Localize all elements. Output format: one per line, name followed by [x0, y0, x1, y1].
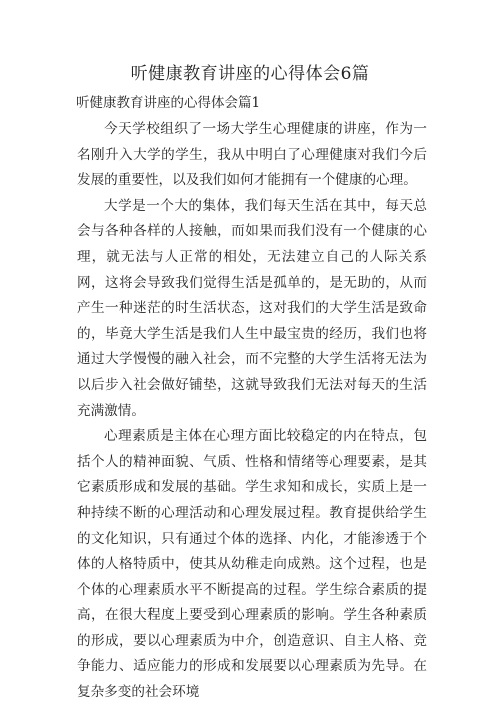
paragraph-1: 今天学校组织了一场大学生心理健康的讲座，作为一名刚升入大学的学生，我从中明白了心… — [77, 117, 427, 194]
document-body: 今天学校组织了一场大学生心理健康的讲座，作为一名刚升入大学的学生，我从中明白了心… — [77, 117, 427, 706]
document-title: 听健康教育讲座的心得体会6篇 — [0, 63, 500, 85]
section-heading: 听健康教育讲座的心得体会篇1 — [76, 93, 260, 113]
paragraph-2: 大学是一个大的集体，我们每天生活在其中，每天总会与各种各样的人接触，而如果而我们… — [77, 194, 427, 424]
paragraph-3: 心理素质是主体在心理方面比较稳定的内在特点，包括个人的精神面貌、气质、性格和情绪… — [77, 424, 427, 706]
document-page: 听健康教育讲座的心得体会6篇 听健康教育讲座的心得体会篇1 今天学校组织了一场大… — [0, 0, 500, 707]
